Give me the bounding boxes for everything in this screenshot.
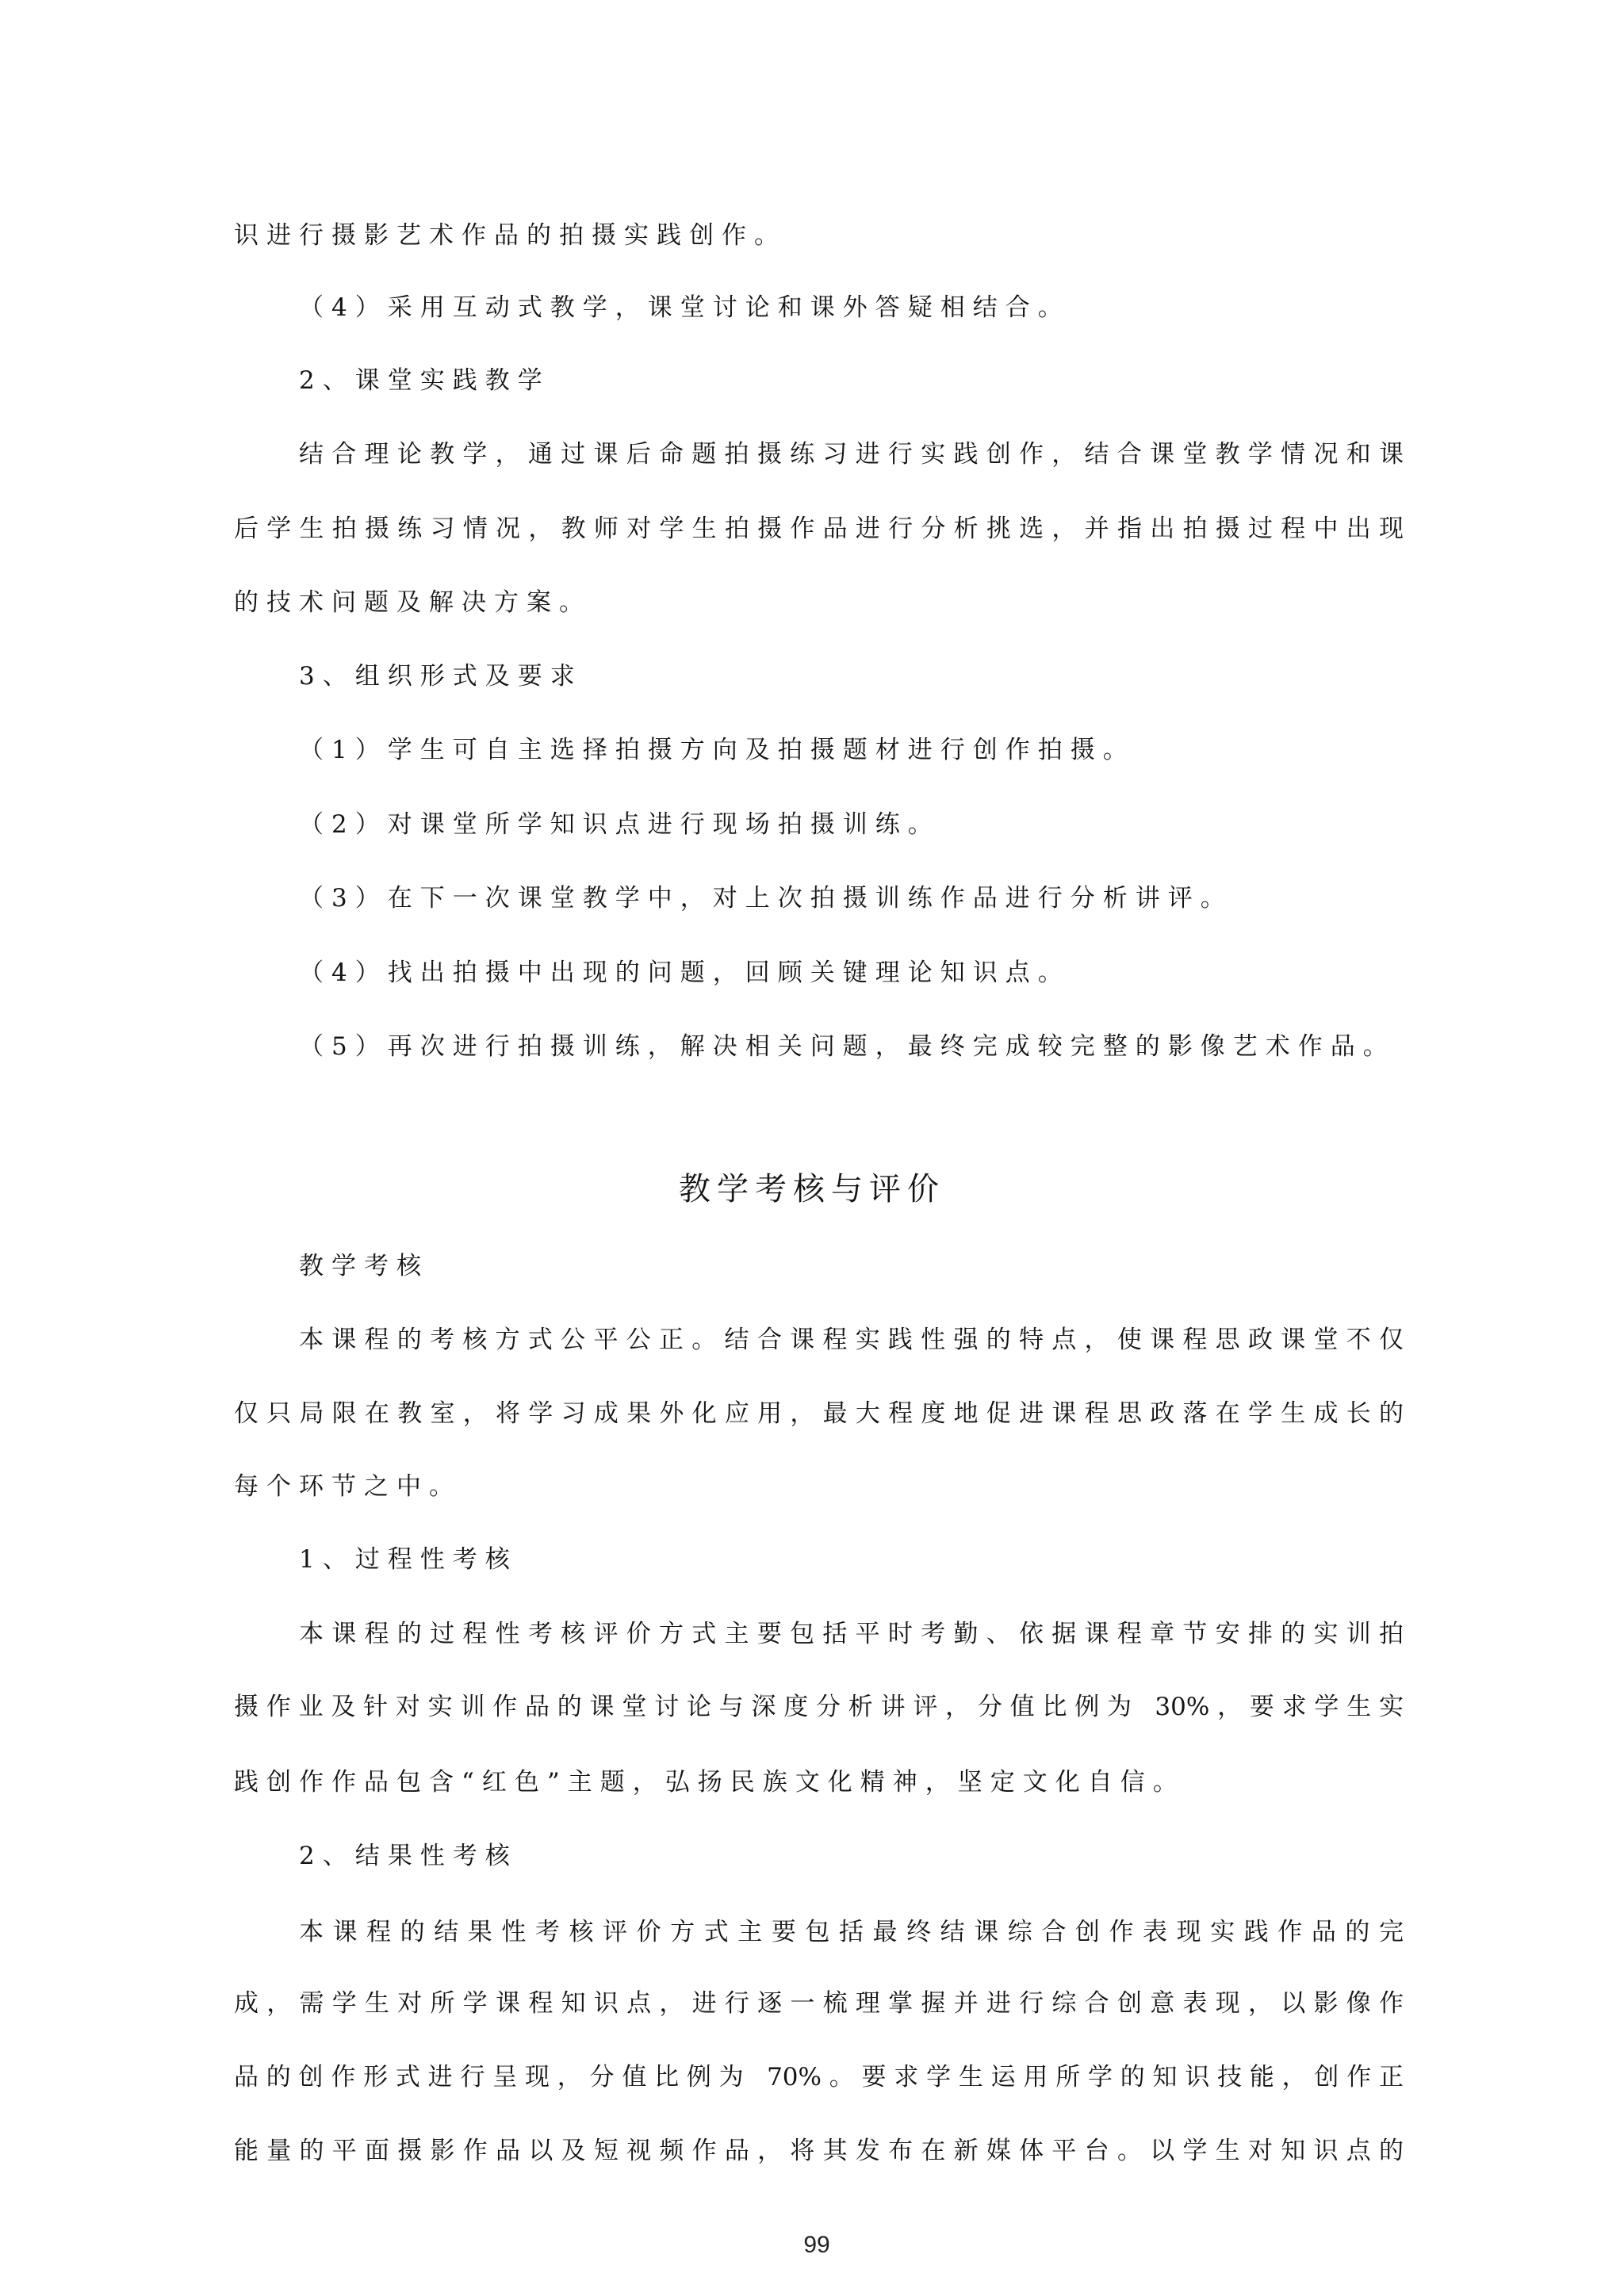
list-item: （4）找出拍摄中出现的问题，回顾关键理论知识点。 (299, 949, 1469, 997)
page-number: 99 (0, 2229, 1624, 2261)
list-item: （1）学生可自主选择拍摄方向及拍摄题材进行创作拍摄。 (299, 726, 1469, 774)
body-text-line: 践创作作品包含“红色”主题，弘扬民族文化精神，坚定文化自信。 (234, 1758, 1404, 1806)
body-text-line: 品的创作形式进行呈现，分值比例为 70%。要求学生运用所学的知识技能，创作正 (234, 2053, 1404, 2101)
body-text-line: 能量的平面摄影作品以及短视频作品，将其发布在新媒体平台。以学生对知识点的 (234, 2127, 1404, 2175)
list-item: （3）在下一次课堂教学中，对上次拍摄训练作品进行分析讲评。 (299, 874, 1469, 922)
subheading-result-assessment: 2、结果性考核 (299, 1832, 1469, 1880)
body-text-line: 本课程的过程性考核评价方式主要包括平时考勤、依据课程章节安排的实训拍 (299, 1610, 1404, 1658)
section-heading: 教学考核与评价 (0, 1161, 1624, 1217)
subheading-organization: 3、组织形式及要求 (299, 652, 1469, 700)
subheading-teaching-assessment: 教学考核 (299, 1242, 1469, 1290)
body-text-line: 结合理论教学，通过课后命题拍摄练习进行实践创作，结合课堂教学情况和课 (299, 430, 1404, 478)
body-text-line: 仅只局限在教室，将学习成果外化应用，最大程度地促进课程思政落在学生成长的 (234, 1390, 1404, 1437)
list-item: （4）采用互动式教学，课堂讨论和课外答疑相结合。 (299, 284, 1469, 331)
body-text-line: 摄作业及针对实训作品的课堂讨论与深度分析讲评，分值比例为 30%，要求学生实 (234, 1683, 1404, 1731)
subheading-classroom-practice: 2、课堂实践教学 (299, 357, 1469, 404)
list-item: （5）再次进行拍摄训练，解决相关问题，最终完成较完整的影像艺术作品。 (299, 1023, 1469, 1070)
body-text-line: 后学生拍摄练习情况，教师对学生拍摄作品进行分析挑选，并指出拍摄过程中出现 (234, 505, 1404, 553)
document-page: 识进行摄影艺术作品的拍摄实践创作。 （4）采用互动式教学，课堂讨论和课外答疑相结… (0, 0, 1624, 2296)
list-item: （2）对课堂所学知识点进行现场拍摄训练。 (299, 801, 1469, 848)
body-text-line: 识进行摄影艺术作品的拍摄实践创作。 (234, 212, 1404, 259)
body-text-line: 的技术问题及解决方案。 (234, 579, 1404, 626)
body-text-line: 本课程的结果性考核评价方式主要包括最终结课综合创作表现实践作品的完 (299, 1908, 1404, 1956)
subheading-process-assessment: 1、过程性考核 (299, 1536, 1469, 1583)
body-text-line: 本课程的考核方式公平公正。结合课程实践性强的特点，使课程思政课堂不仅 (299, 1316, 1404, 1364)
body-text-line: 每个环节之中。 (234, 1463, 1404, 1510)
body-text-line: 成，需学生对所学课程知识点，进行逐一梳理掌握并进行综合创意表现，以影像作 (234, 1980, 1404, 2027)
